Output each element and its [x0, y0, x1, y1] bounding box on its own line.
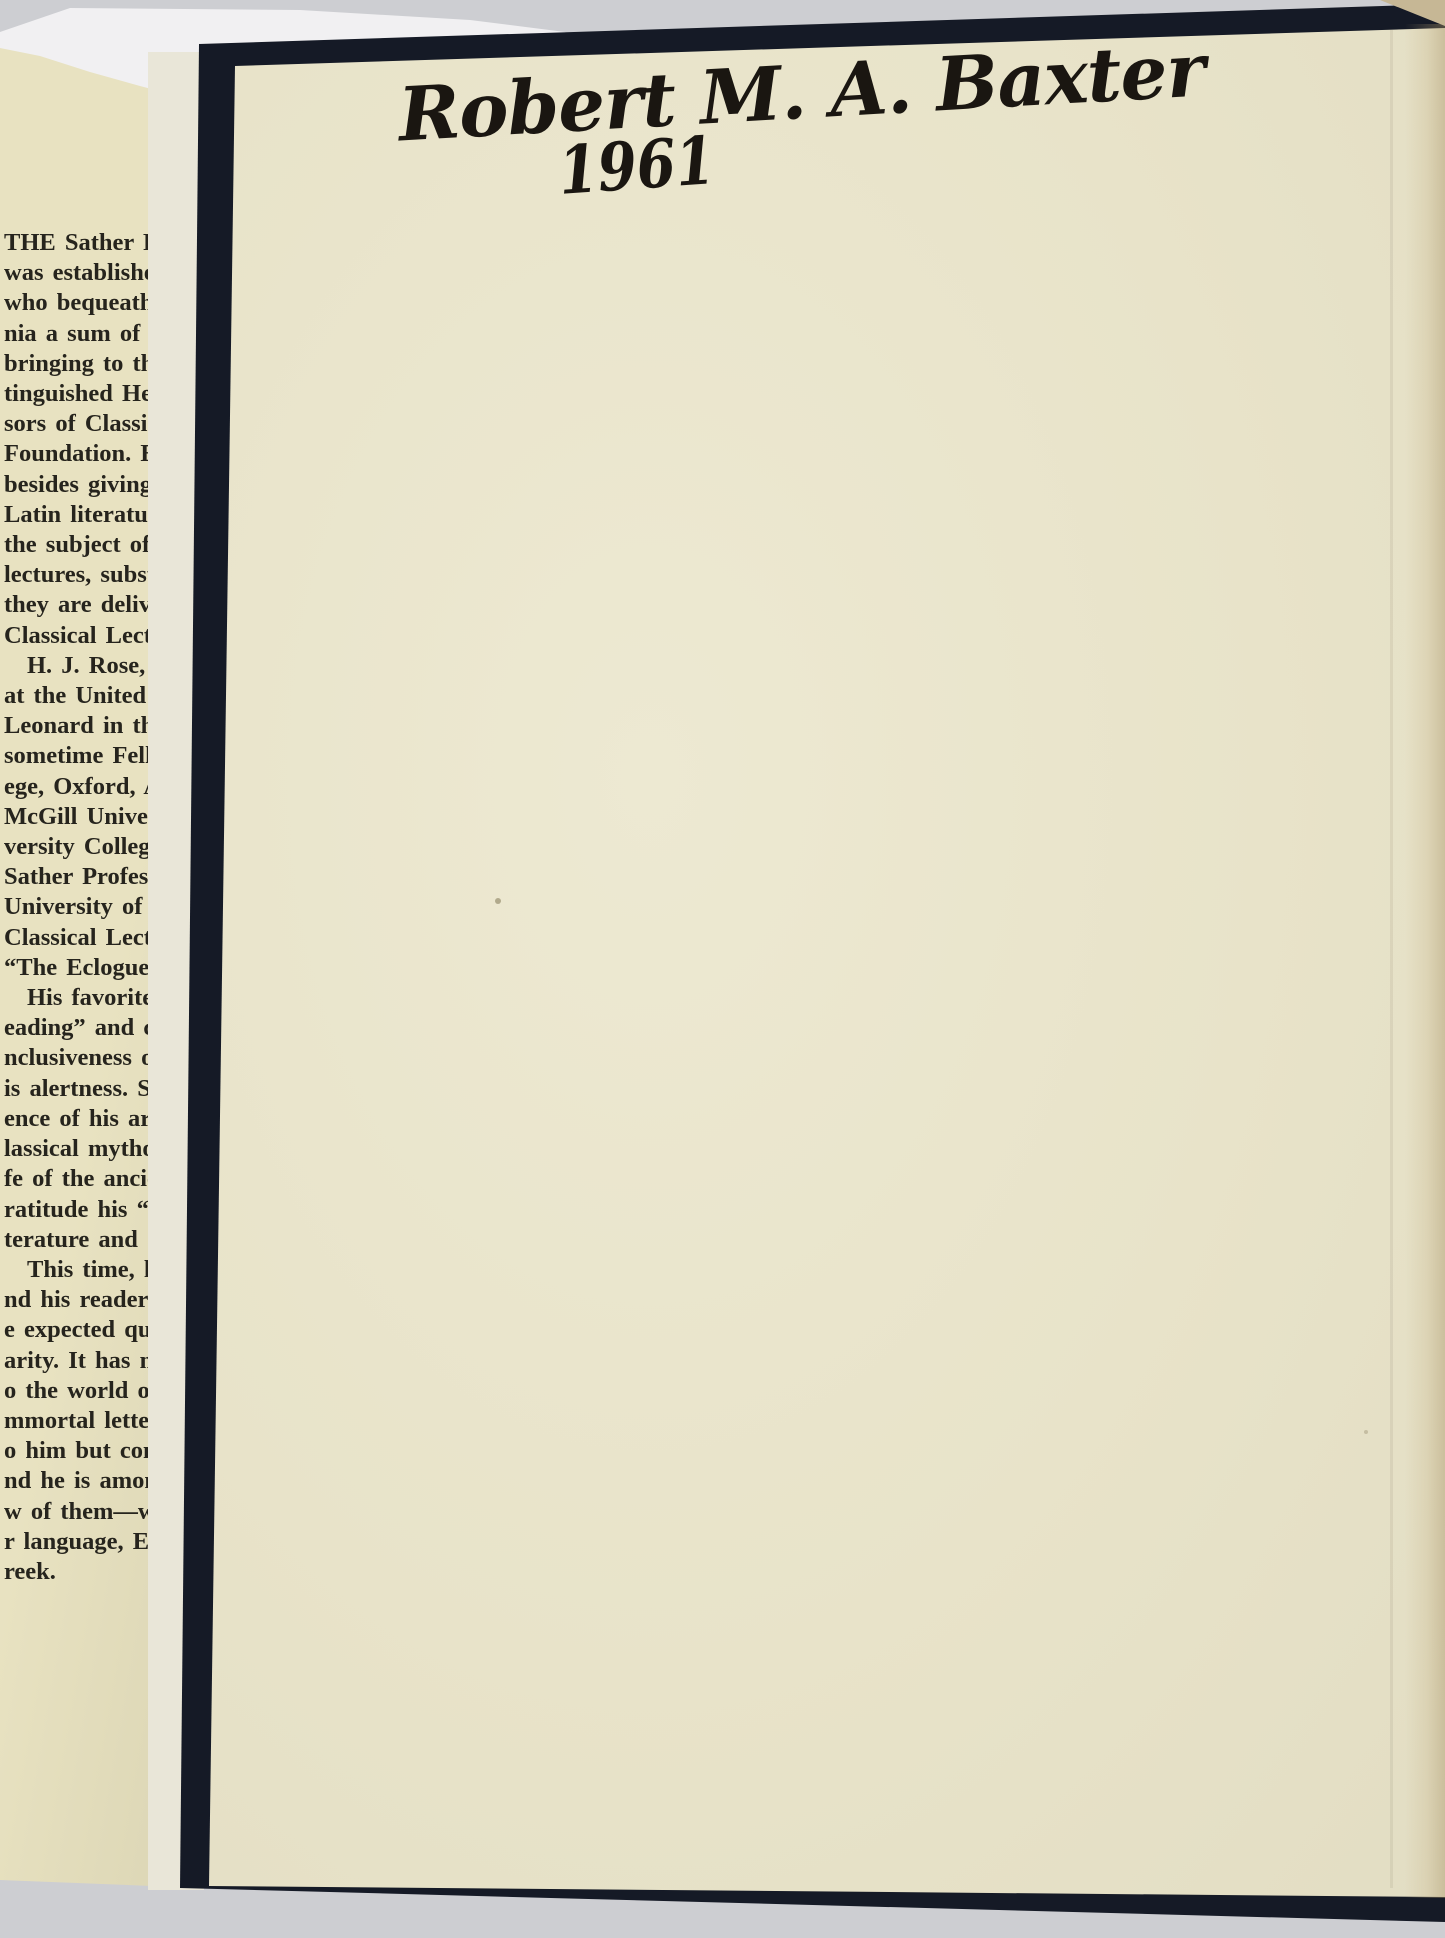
paper-speck — [495, 898, 501, 904]
paper-speck — [1364, 1430, 1368, 1434]
page-fore-edge — [1405, 24, 1445, 1898]
book-photo: THE Sather Professowas established by tw… — [0, 0, 1445, 1938]
page-crease-shadow — [1390, 30, 1393, 1888]
signature-year: 1961 — [556, 121, 717, 210]
